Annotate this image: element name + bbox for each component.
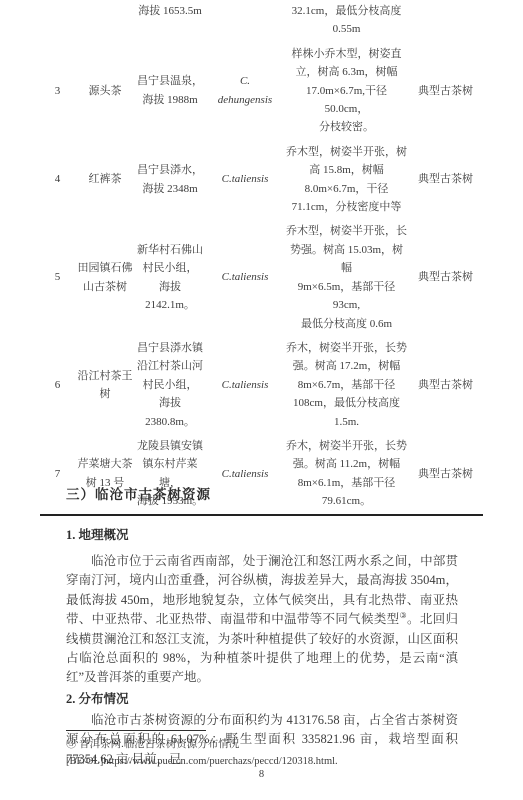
document-page: 海拔 1653.5m 32.1cm，最低分枝高度 0.55m 3 源头茶 昌宁县… (0, 0, 523, 800)
table-row: 5 田园镇石佛 山古茶树 新华村石佛山 村民小组， 海拔 2142.1m。 C.… (40, 219, 483, 335)
subsection-title-distribution: 2. 分布情况 (66, 691, 458, 708)
footnote-block: ③ 普洱茶网.临沧古茶树资源分布情况 [BE/OL]https://www.pu… (66, 730, 458, 770)
cell-name: 田园镇石佛 山古茶树 (75, 219, 135, 335)
cell-no: 3 (40, 42, 75, 140)
section-heading: 三）临沧市古茶树资源 (66, 486, 458, 504)
cell-type: 典型古茶树 (408, 140, 483, 220)
cell-species (205, 0, 285, 42)
cell-name: 红裤茶 (75, 140, 135, 220)
footnote-ref-3: ③ (400, 611, 408, 620)
cell-description: 乔木型，树姿半开张，长 势强。树高 15.03m，树幅 9m×6.5m，基部干径… (285, 219, 408, 335)
cell-no: 5 (40, 219, 75, 335)
cell-no (40, 0, 75, 42)
cell-description: 乔木，树姿半开张，长势 强。树高 17.2m，树幅 8m×6.7m，基部干径 1… (285, 336, 408, 434)
cell-name: 沿江村茶王 树 (75, 336, 135, 434)
cell-location: 海拔 1653.5m (135, 0, 205, 42)
table-row-partial: 海拔 1653.5m 32.1cm，最低分枝高度 0.55m (40, 0, 483, 42)
page-number: 8 (0, 769, 523, 780)
tea-tree-table: 海拔 1653.5m 32.1cm，最低分枝高度 0.55m 3 源头茶 昌宁县… (40, 0, 483, 516)
footnote-url: [BE/OL]https://www.puercn.com/puerchazs/… (66, 754, 458, 771)
table-row: 6 沿江村茶王 树 昌宁县漭水镇 沿江村茶山河 村民小组， 海拔 2380.8m… (40, 336, 483, 434)
cell-location: 新华村石佛山 村民小组， 海拔 2142.1m。 (135, 219, 205, 335)
table-row: 4 红裤茶 昌宁县漭水， 海拔 2348m C.taliensis 乔木型，树姿… (40, 140, 483, 220)
footnote-divider (66, 730, 206, 731)
paragraph-geography: 临沧市位于云南省西南部，处于澜沧江和怒江两水系之间，中部贯穿南汀河，境内山峦重叠… (66, 552, 458, 688)
cell-name (75, 0, 135, 42)
cell-description: 乔木型，树姿半开张，树 高 15.8m，树幅 8.0m×6.7m，干径 71.1… (285, 140, 408, 220)
cell-location: 昌宁县漭水镇 沿江村茶山河 村民小组， 海拔 2380.8m。 (135, 336, 205, 434)
cell-description: 32.1cm，最低分枝高度 0.55m (285, 0, 408, 42)
cell-location: 昌宁县温泉， 海拔 1988m (135, 42, 205, 140)
cell-species: C.taliensis (205, 336, 285, 434)
cell-species: C.taliensis (205, 140, 285, 220)
cell-type: 典型古茶树 (408, 336, 483, 434)
cell-type (408, 0, 483, 42)
subsection-title-geography: 1. 地理概况 (66, 527, 458, 544)
body-content: 三）临沧市古茶树资源 1. 地理概况 临沧市位于云南省西南部，处于澜沧江和怒江两… (66, 486, 458, 769)
table-row: 3 源头茶 昌宁县温泉， 海拔 1988m C. dehungensis 样株小… (40, 42, 483, 140)
cell-species: C. dehungensis (205, 42, 285, 140)
cell-name: 源头茶 (75, 42, 135, 140)
footnote-source: ③ 普洱茶网.临沧古茶树资源分布情况 (66, 737, 458, 754)
cell-location: 昌宁县漭水， 海拔 2348m (135, 140, 205, 220)
cell-no: 6 (40, 336, 75, 434)
cell-species: C.taliensis (205, 219, 285, 335)
cell-type: 典型古茶树 (408, 42, 483, 140)
cell-type: 典型古茶树 (408, 219, 483, 335)
tea-tree-table-block: 海拔 1653.5m 32.1cm，最低分枝高度 0.55m 3 源头茶 昌宁县… (40, 0, 483, 516)
cell-no: 4 (40, 140, 75, 220)
cell-description: 样株小乔木型，树姿直 立，树高 6.3m，树幅 17.0m×6.7m,干径 50… (285, 42, 408, 140)
